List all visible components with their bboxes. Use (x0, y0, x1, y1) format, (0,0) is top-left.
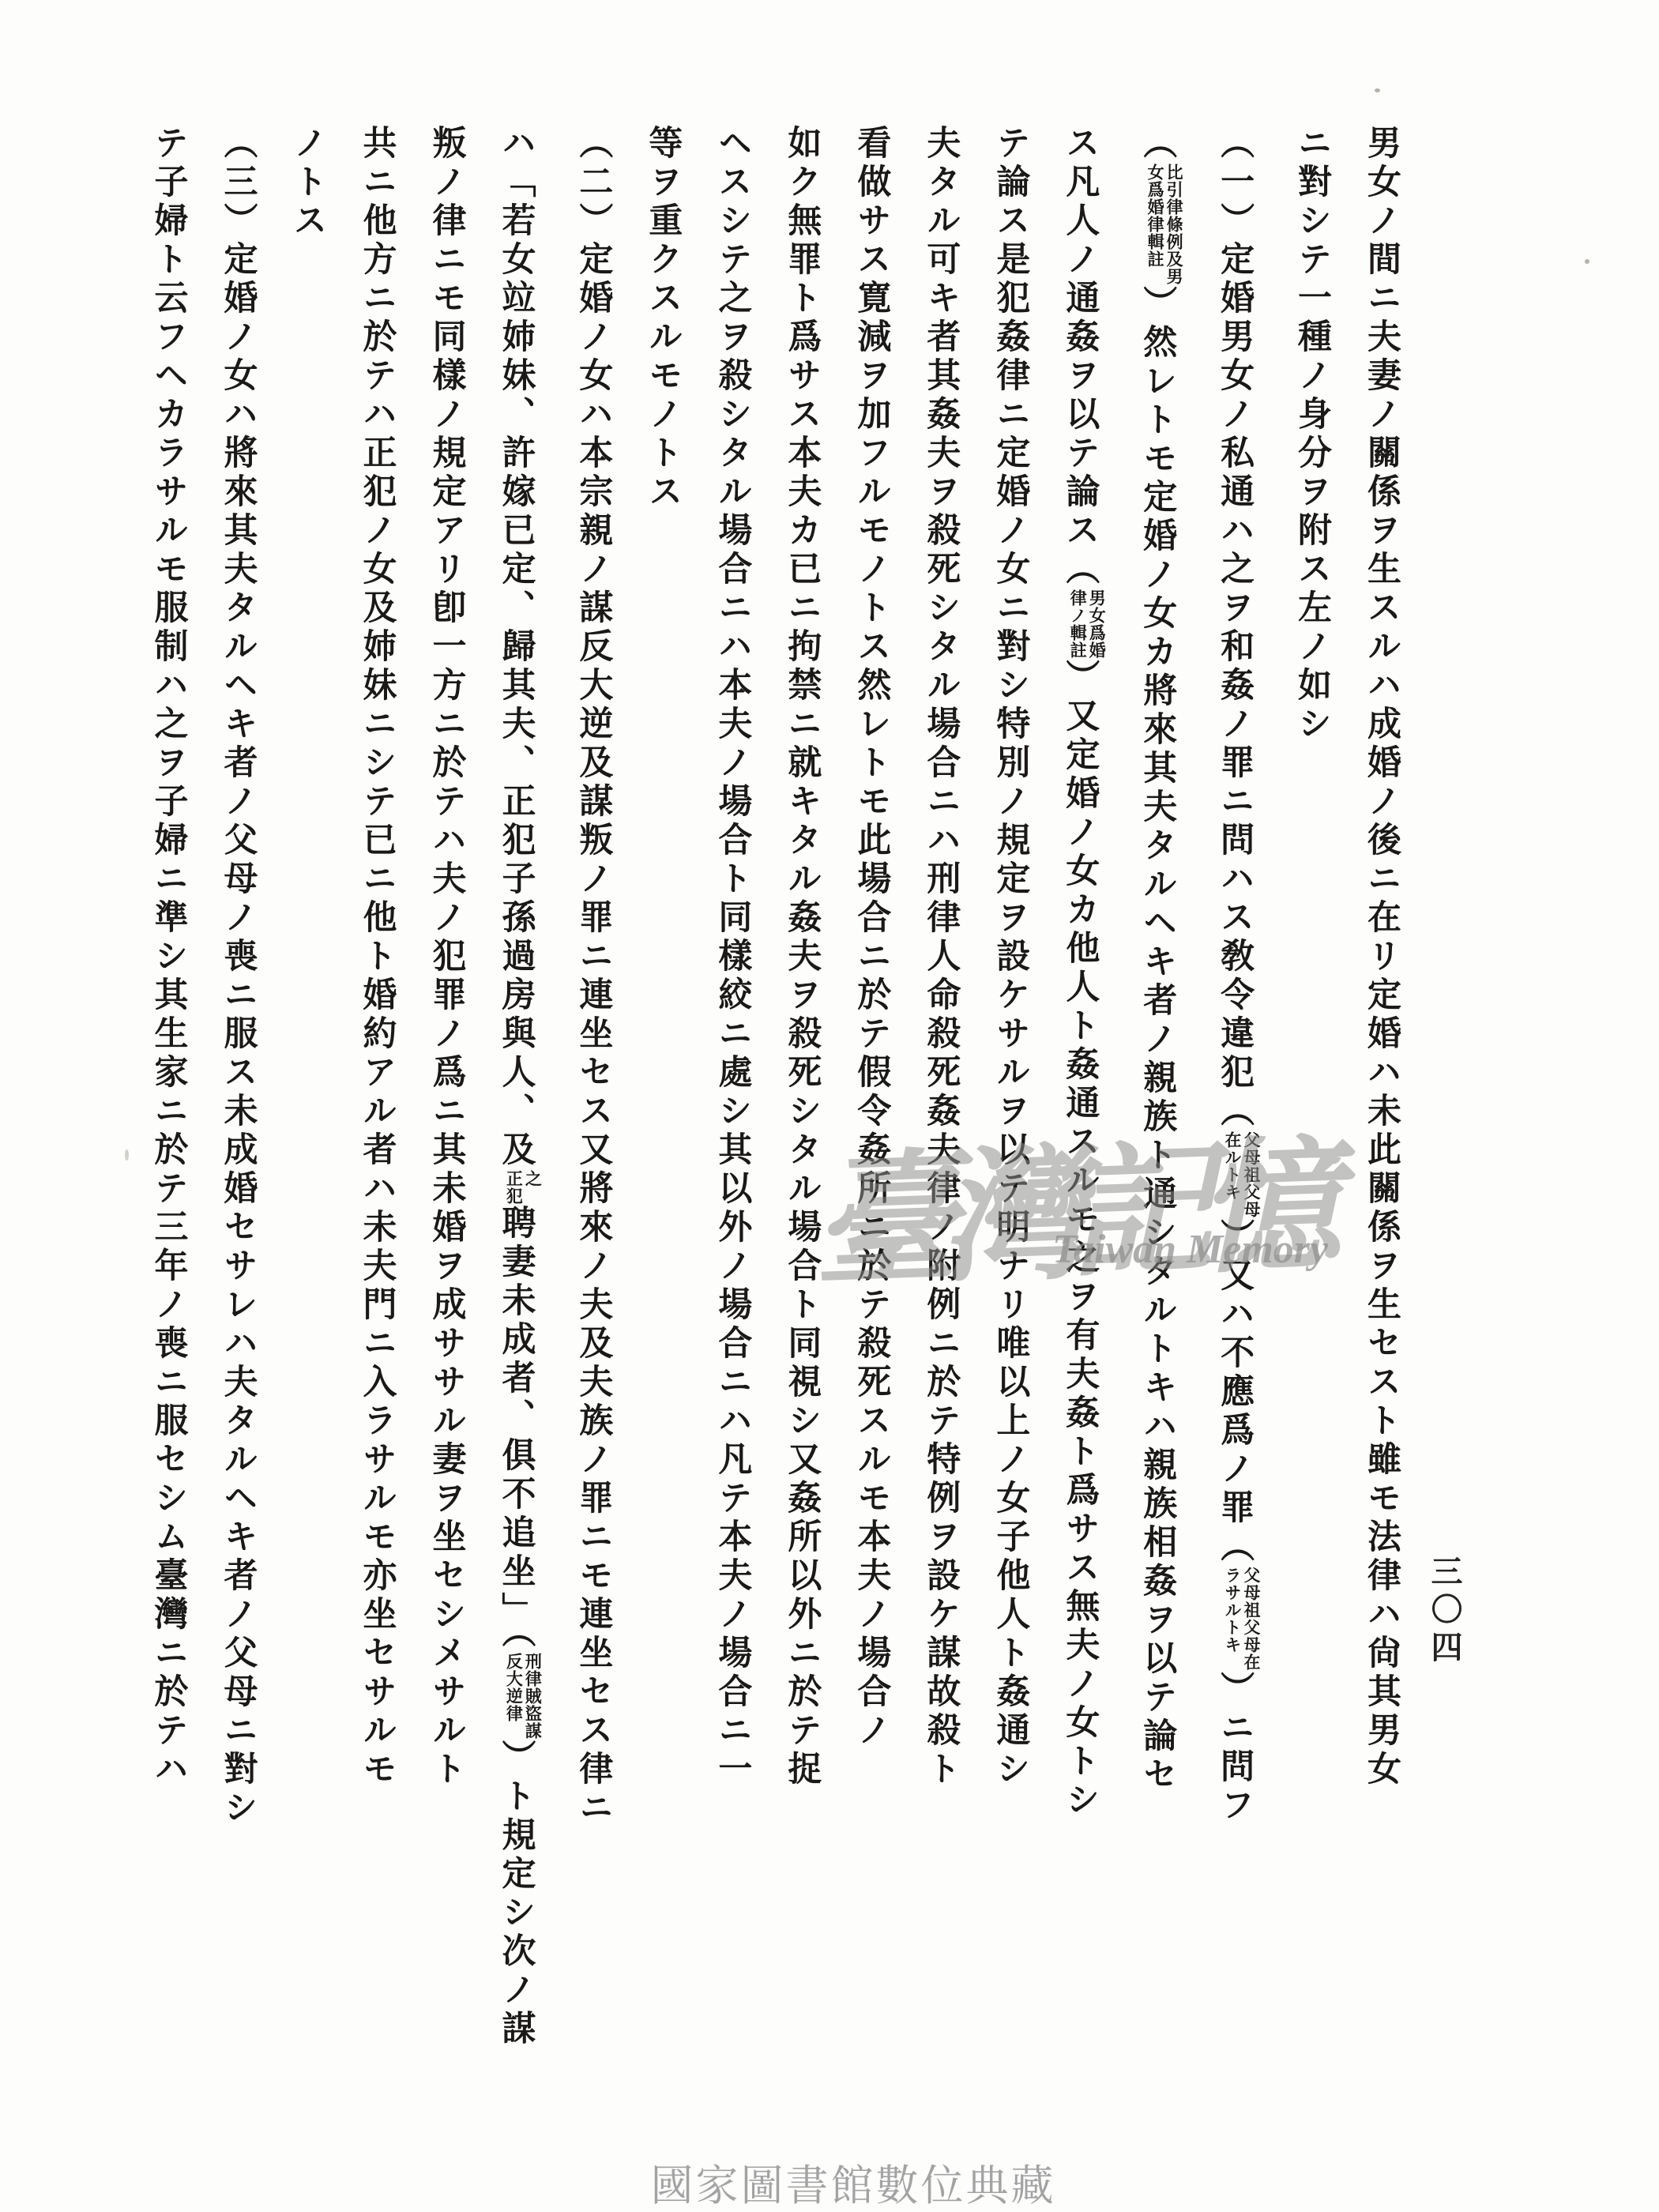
text-column: 夫タル可キ者其姦夫ヲ殺死シタル場合ニハ刑律人命殺死姦夫律ノ附例ニ於テ特例ヲ設ケ謀… (921, 125, 959, 1942)
text-column: ハ「若女竝姉妹、許嫁已定、歸其夫、正犯子孫過房與人、及之正犯聘妻未成者、俱不追坐… (497, 125, 543, 1942)
scan-speck (125, 1149, 129, 1161)
page-surface: 男女ノ間ニ夫妻ノ關係ヲ生スルハ成婚ノ後ニ在リ定婚ハ未此關係ヲ生セスト雖モ法律ハ尙… (0, 0, 1659, 2212)
text-column: 共ニ他方ニ於テハ正犯ノ女及姉妹ニシテ已ニ他ト婚約アル者ハ未夫門ニ入ラサルモ亦坐セ… (358, 125, 396, 1942)
warichu-note: 男女爲婚律ノ輯註 (1068, 589, 1106, 659)
scan-speck (1375, 88, 1380, 92)
warichu-note: 父母祖父母在ラサルトキ (1223, 1567, 1261, 1671)
scan-speck (1585, 259, 1589, 264)
text-column: （比引律條例及男女爲婚律輯註）然レトモ定婚ノ女カ將來其夫タルヘキ者ノ親族ト通シタ… (1138, 125, 1183, 1942)
text-column: ノトス (288, 125, 326, 1942)
text-column: （二）定婚ノ女ハ本宗親ノ謀反大逆及謀叛ノ罪ニ連坐セス又將來ノ夫及夫族ノ罪ニモ連坐… (574, 125, 611, 1942)
warichu-note: 父母祖父母在ルトキ (1223, 1131, 1261, 1218)
text-column: 看做サス寛減ヲ加フルモノトス然レトモ此場合ニ於テ假令姦所ニ於テ殺死スルモ本夫ノ場… (852, 125, 890, 1942)
warichu-note: 之正犯 (504, 1170, 542, 1205)
text-column: テ子婦ト云フヘカラサルモ服制ハ之ヲ子婦ニ準シ其生家ニ於テ三年ノ喪ニ服セシム臺灣ニ… (149, 125, 187, 1942)
text-column: 如ク無罪ト爲サス本夫カ已ニ拘禁ニ就キタル姦夫ヲ殺死シタル場合ト同視シ又姦所以外ニ… (782, 125, 820, 1942)
text-column: ス凡人ノ通姦ヲ以テ論ス（男女爲婚律ノ輯註）又定婚ノ女カ他人ト姦通スルモ之ヲ有夫姦… (1060, 125, 1106, 1942)
warichu-note: 刑律賊盜謀反大逆律 (504, 1653, 542, 1740)
page-number: 三〇四 (1422, 1555, 1467, 1668)
text-column: ニ對シテ一種ノ身分ヲ附ス左ノ如シ (1292, 125, 1330, 1942)
text-column: ヘスシテ之ヲ殺シタル場合ニハ本夫ノ場合ト同樣絞ニ處シ其以外ノ場合ニハ凡テ本夫ノ場… (713, 125, 750, 1942)
text-column: 等ヲ重クスルモノトス (643, 125, 681, 1942)
warichu-note: 比引律條例及男女爲婚律輯註 (1145, 164, 1183, 285)
text-column: テ論ス是犯姦律ニ定婚ノ女ニ對シ特別ノ規定ヲ設ケサルヲ以テ明ナリ唯以上ノ女子他人ト… (991, 125, 1029, 1942)
text-column: 叛ノ律ニモ同樣ノ規定アリ卽一方ニ於テハ夫ノ犯罪ノ爲ニ其未婚ヲ成ササル妻ヲ坐セシメ… (427, 125, 465, 1942)
text-block: 男女ノ間ニ夫妻ノ關係ヲ生スルハ成婚ノ後ニ在リ定婚ハ未此關係ヲ生セスト雖モ法律ハ尙… (118, 125, 1401, 1942)
text-column: （一）定婚男女ノ私通ハ之ヲ和姦ノ罪ニ問ハス敎令違犯（父母祖父母在ルトキ）又ハ不應… (1215, 125, 1261, 1942)
text-column: 男女ノ間ニ夫妻ノ關係ヲ生スルハ成婚ノ後ニ在リ定婚ハ未此關係ヲ生セスト雖モ法律ハ尙… (1362, 125, 1400, 1942)
archive-caption: 國家圖書館數位典藏 (651, 2152, 1056, 2212)
text-column: （三）定婚ノ女ハ將來其夫タルヘキ者ノ父母ノ喪ニ服ス未成婚セサレハ夫タルヘキ者ノ父… (219, 125, 257, 1942)
